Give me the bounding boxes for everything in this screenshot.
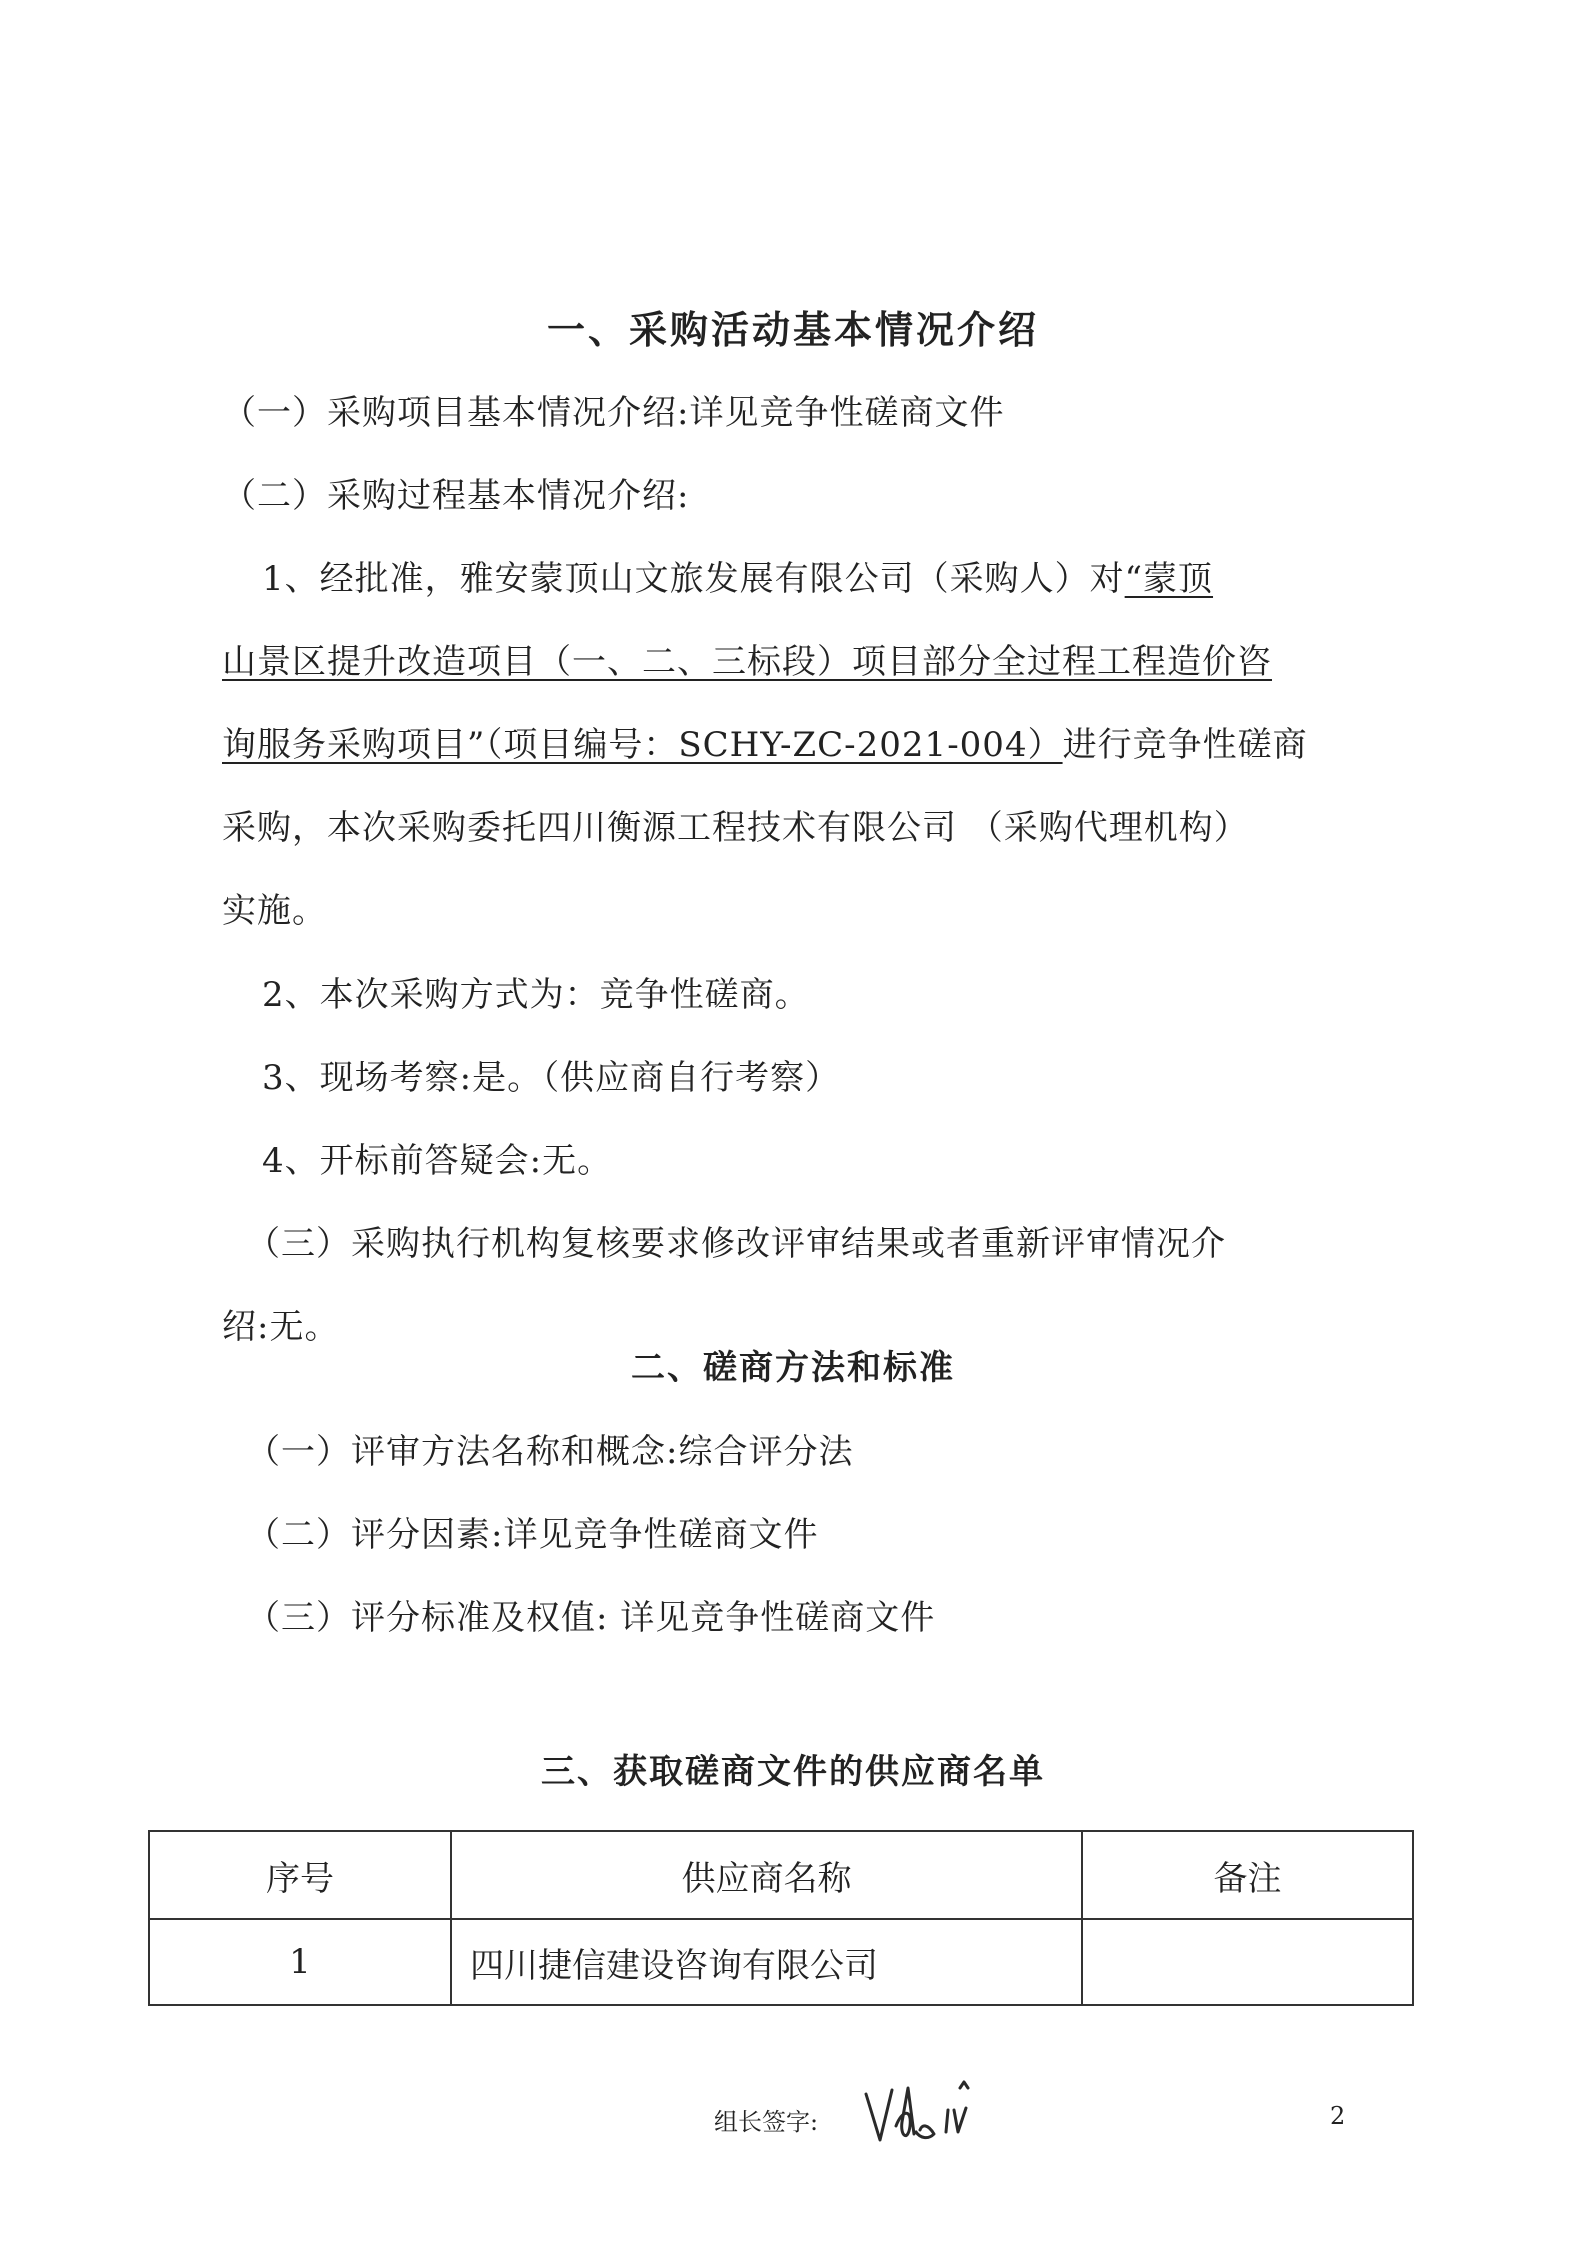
table-row: 1 四川捷信建设咨询有限公司 <box>149 1919 1413 2005</box>
section2-item2: （二）评分因素:详见竞争性磋商文件 <box>246 1515 818 1555</box>
page-number: 2 <box>1330 2102 1345 2130</box>
para1-line3: 询服务采购项目”（项目编号：SCHY-ZC-2021-004）进行竞争性磋商 <box>222 725 1308 765</box>
section1-item3-line1: （三）采购执行机构复核要求修改评审结果或者重新评审情况介 <box>246 1224 1226 1264</box>
cell-supplier-name: 四川捷信建设咨询有限公司 <box>451 1919 1082 2005</box>
para1-line5: 实施。 <box>222 891 327 931</box>
cell-remarks <box>1082 1919 1413 2005</box>
para1-line1: 1、经批准，雅安蒙顶山文旅发展有限公司（采购人）对“蒙顶 <box>262 559 1213 599</box>
header-index: 序号 <box>149 1831 451 1919</box>
section1-item3-line2: 绍:无。 <box>222 1307 339 1347</box>
supplier-table: 序号 供应商名称 备注 1 四川捷信建设咨询有限公司 <box>148 1830 1414 2006</box>
cell-index: 1 <box>149 1919 451 2005</box>
para1-line3-suffix: 进行竞争性磋商 <box>1063 725 1308 765</box>
para1-line1-prefix: 1、经批准，雅安蒙顶山文旅发展有限公司（采购人）对 <box>262 559 1125 599</box>
para3: 3、现场考察:是。（供应商自行考察） <box>262 1058 840 1098</box>
project-name-start: “蒙顶 <box>1125 559 1213 599</box>
header-remarks: 备注 <box>1082 1831 1413 1919</box>
section1-title: 一、采购活动基本情况介绍 <box>0 310 1586 350</box>
section2-item3: （三）评分标准及权值: 详见竞争性磋商文件 <box>246 1598 935 1638</box>
header-supplier-name: 供应商名称 <box>451 1831 1082 1919</box>
signature-icon <box>862 2080 1002 2160</box>
signature-label: 组长签字: <box>714 2102 818 2137</box>
para1-line2: 山景区提升改造项目（一、二、三标段）项目部分全过程工程造价咨 <box>222 642 1272 682</box>
section2-title: 二、磋商方法和标准 <box>0 1348 1586 1388</box>
section2-item1: （一）评审方法名称和概念:综合评分法 <box>246 1432 853 1472</box>
section3-title: 三、获取磋商文件的供应商名单 <box>0 1752 1586 1792</box>
para2: 2、本次采购方式为：竞争性磋商。 <box>262 975 810 1015</box>
section1-item2: （二）采购过程基本情况介绍: <box>222 476 689 516</box>
para1-line4: 采购，本次采购委托四川衡源工程技术有限公司 （采购代理机构） <box>222 808 1249 848</box>
para4: 4、开标前答疑会:无。 <box>262 1141 612 1181</box>
project-name-end: 询服务采购项目”（项目编号：SCHY-ZC-2021-004） <box>222 725 1063 765</box>
section1-item1: （一）采购项目基本情况介绍:详见竞争性磋商文件 <box>222 393 1004 433</box>
table-header-row: 序号 供应商名称 备注 <box>149 1831 1413 1919</box>
